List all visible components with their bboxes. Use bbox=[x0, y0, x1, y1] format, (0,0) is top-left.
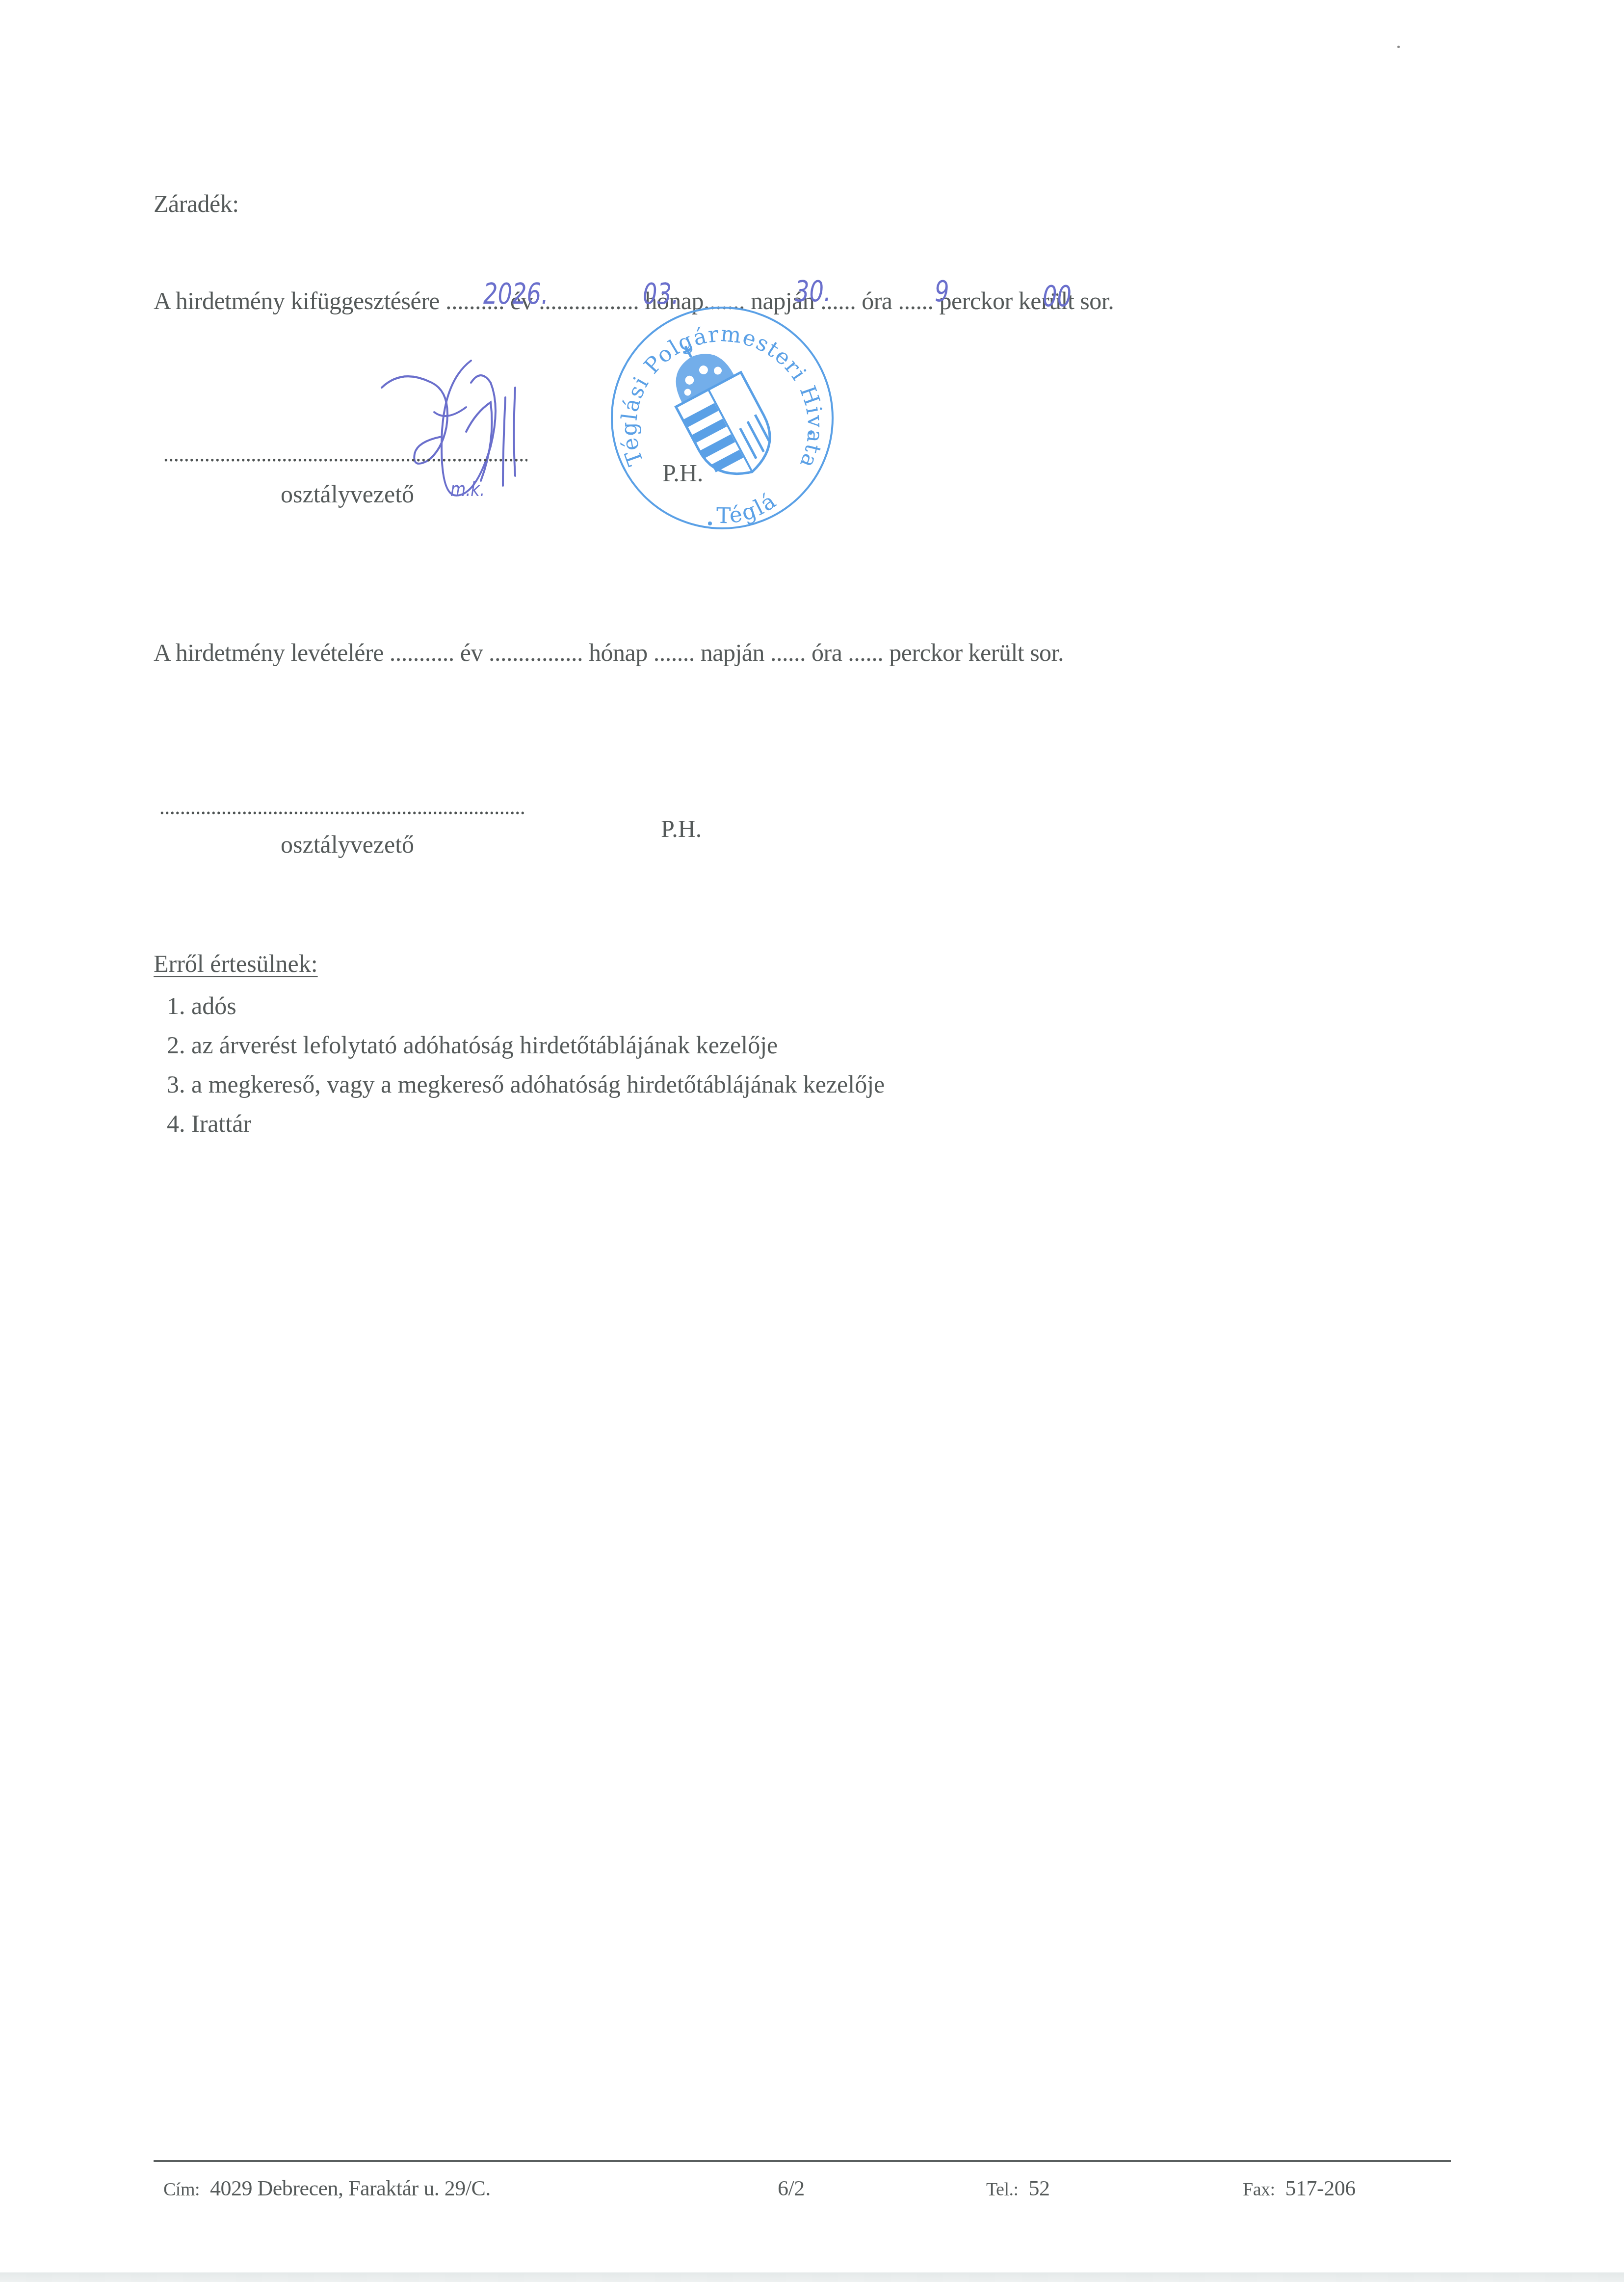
fax-label: Fax: bbox=[1243, 2179, 1275, 2200]
tel-label: Tel.: bbox=[986, 2179, 1019, 2200]
posting-suffix: perckor került sor. bbox=[940, 287, 1114, 314]
list-item: 3. a megkereső, vagy a megkereső adóható… bbox=[167, 1065, 885, 1104]
removal-statement: A hirdetmény levételére ........... év .… bbox=[154, 640, 1064, 665]
posting-prefix: A hirdetmény kifüggesztésére bbox=[154, 287, 440, 314]
scan-edge bbox=[0, 2272, 1624, 2282]
removal-seal-mark: P.H. bbox=[661, 814, 702, 843]
clause-title: Záradék: bbox=[154, 191, 239, 216]
removal-signature-line bbox=[159, 811, 526, 814]
address-label: Cím: bbox=[163, 2179, 200, 2200]
signer-role: osztályvezető bbox=[281, 480, 414, 508]
address-value: 4029 Debrecen, Faraktár u. 29/C. bbox=[210, 2176, 491, 2200]
list-item: 1. adós bbox=[167, 986, 885, 1025]
list-item: 2. az árverést lefolytató adóhatóság hir… bbox=[167, 1025, 885, 1065]
footer-tel: Tel.: 52 bbox=[986, 2176, 1050, 2201]
removal-signer-role: osztályvezető bbox=[281, 830, 414, 859]
signer-initials: m.k. bbox=[450, 478, 485, 501]
notified-list: 1. adós 2. az árverést lefolytató adóhat… bbox=[167, 986, 885, 1143]
signature-line bbox=[163, 459, 527, 462]
official-stamp-icon: Téglási Polgármesteri Hivatal Téglás bbox=[604, 300, 840, 536]
minute-blank: ...... bbox=[898, 287, 934, 314]
tel-value: 52 bbox=[1029, 2176, 1050, 2200]
footer-page-number: 6/2 bbox=[778, 2176, 805, 2201]
footer-address: Cím: 4029 Debrecen, Faraktár u. 29/C. bbox=[163, 2176, 491, 2201]
footer-fax: Fax: 517-206 bbox=[1243, 2176, 1356, 2201]
handwritten-minute: 00 bbox=[1043, 280, 1072, 313]
handwritten-year: 2026. bbox=[483, 277, 549, 311]
notified-heading: Erről értesülnek: bbox=[154, 949, 318, 978]
fax-value: 517-206 bbox=[1285, 2176, 1356, 2200]
list-item: 4. Irattár bbox=[167, 1104, 885, 1143]
hour-label: óra bbox=[862, 287, 892, 314]
footer-divider bbox=[154, 2160, 1451, 2162]
scan-speck bbox=[1397, 46, 1400, 48]
handwritten-hour: 9 bbox=[935, 275, 949, 308]
seal-mark: P.H. bbox=[662, 459, 703, 487]
